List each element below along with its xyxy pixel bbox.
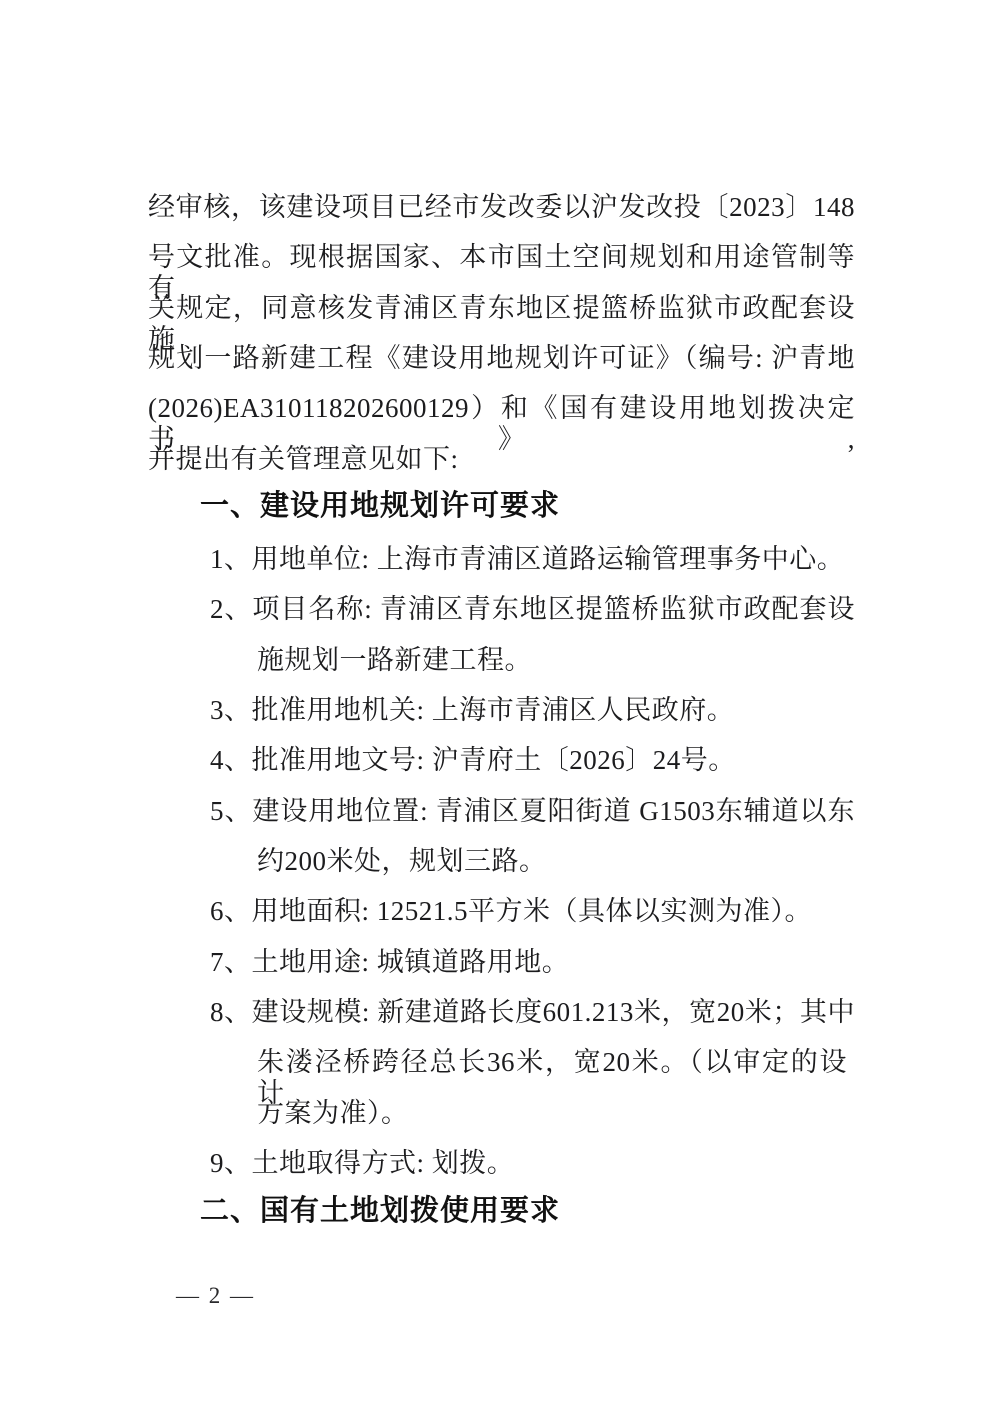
list-item-line: 9、土地取得方式: 划拨。 bbox=[210, 1148, 514, 1179]
list-item-line: 4、批准用地文号: 沪青府土〔2026〕24号。 bbox=[210, 745, 736, 776]
section-heading: 二、国有土地划拨使用要求 bbox=[200, 1195, 560, 1228]
list-item-line: 1、用地单位: 上海市青浦区道路运输管理事务中心。 bbox=[210, 544, 844, 575]
intro-line: 经审核，该建设项目已经市发改委以沪发改投〔2023〕148 bbox=[148, 192, 855, 223]
list-item-line: 约200米处，规划三路。 bbox=[257, 846, 547, 877]
document-page: 经审核，该建设项目已经市发改委以沪发改投〔2023〕148 号文批准。现根据国家… bbox=[0, 0, 992, 1403]
list-item-line: 3、批准用地机关: 上海市青浦区人民政府。 bbox=[210, 695, 734, 726]
list-item-line: 方案为准）。 bbox=[257, 1098, 409, 1129]
intro-line: 并提出有关管理意见如下: bbox=[148, 444, 459, 475]
list-item-line: 6、用地面积: 12521.5平方米（具体以实测为准）。 bbox=[210, 896, 812, 927]
list-item-line: 5、建设用地位置: 青浦区夏阳街道 G1503东辅道以东 bbox=[210, 796, 855, 827]
list-item-line: 7、土地用途: 城镇道路用地。 bbox=[210, 947, 569, 978]
intro-line: 规划一路新建工程《建设用地规划许可证》（编号: 沪青地 bbox=[148, 343, 855, 374]
footer-page-number: — 2 — bbox=[176, 1283, 255, 1309]
list-item-line: 8、建设规模: 新建道路长度601.213米，宽20米；其中 bbox=[210, 997, 855, 1028]
list-item-line: 施规划一路新建工程。 bbox=[257, 645, 532, 676]
list-item-line: 2、项目名称: 青浦区青东地区提篮桥监狱市政配套设 bbox=[210, 594, 855, 625]
section-heading: 一、建设用地规划许可要求 bbox=[200, 490, 560, 523]
